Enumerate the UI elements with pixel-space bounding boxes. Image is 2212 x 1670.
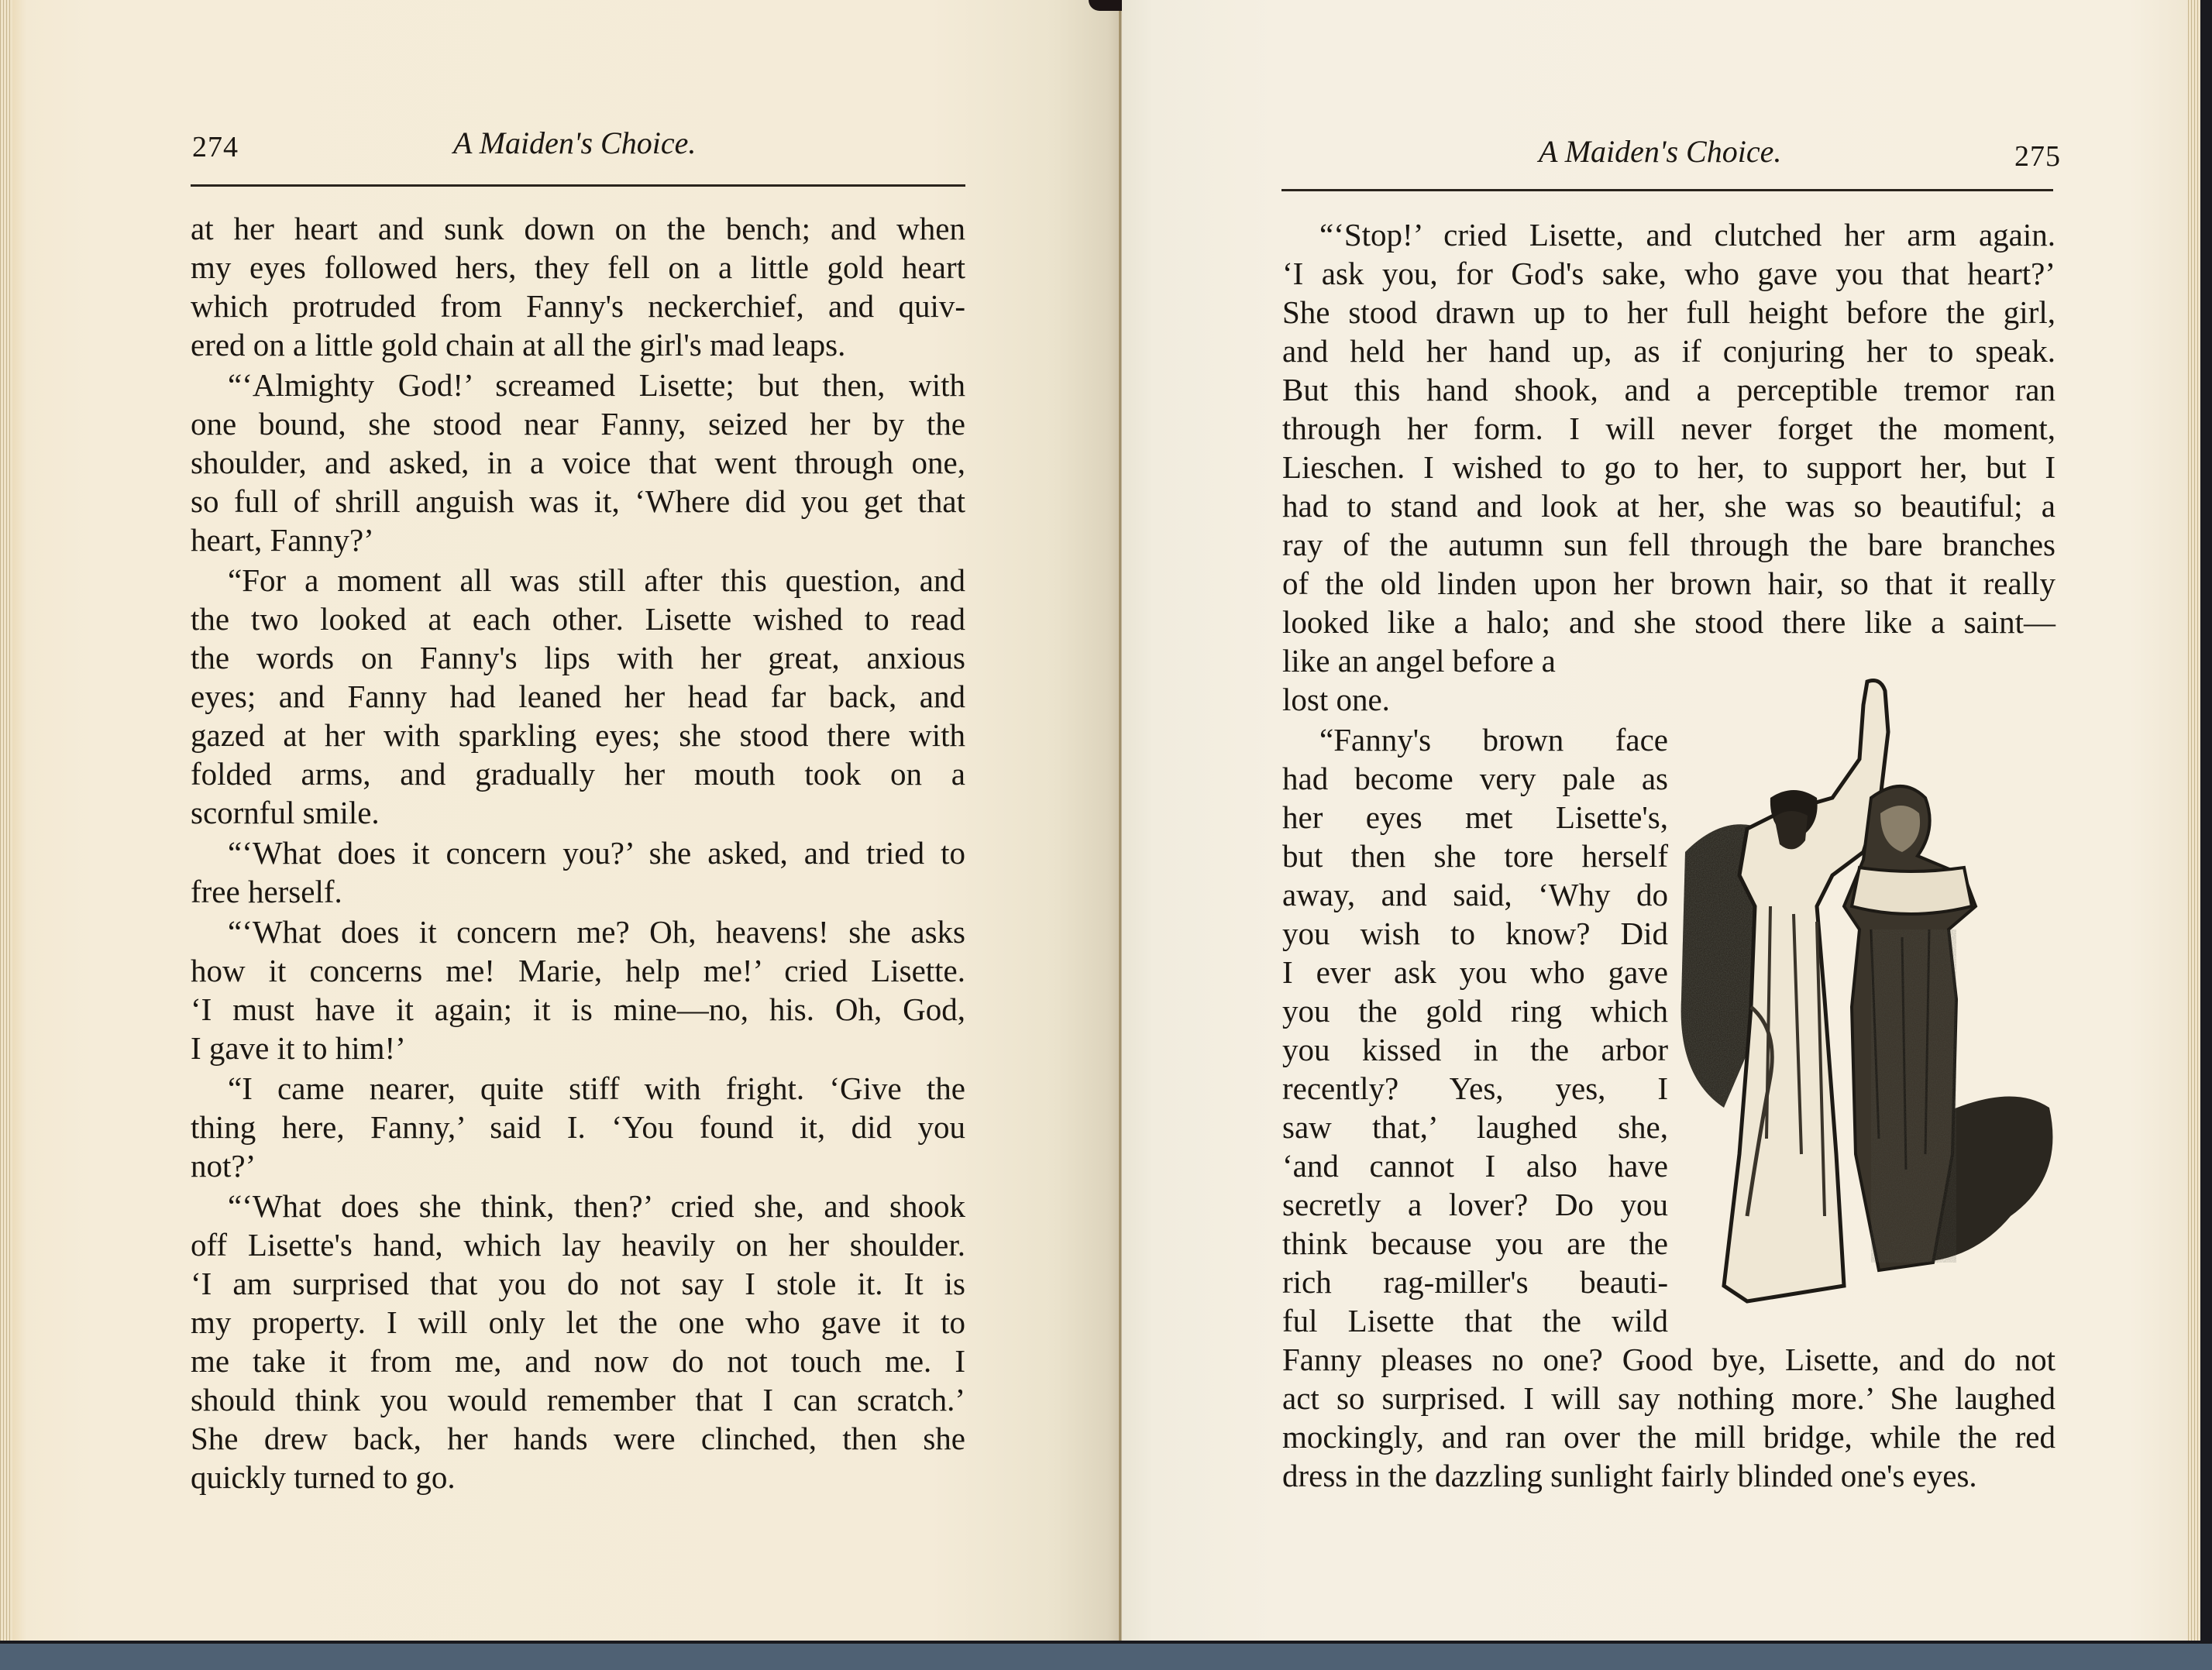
text-line: scornful smile. bbox=[191, 793, 965, 832]
text-line: looked like a halo; and she stood there … bbox=[1282, 603, 2055, 641]
text-line: “For a moment all was still after this q… bbox=[228, 561, 965, 600]
text-line: mockingly, and ran over the mill bridge,… bbox=[1282, 1417, 2055, 1456]
text-line: one bound, she stood near Fanny, seized … bbox=[191, 404, 965, 443]
header-rule bbox=[191, 184, 965, 187]
text-line: heart, Fanny?’ bbox=[191, 521, 965, 559]
text-line: but then she tore herself bbox=[1282, 837, 1668, 875]
text-line: ‘I am surprised that you do not say I st… bbox=[191, 1264, 965, 1303]
text-line: the two looked at each other. Lisette wi… bbox=[191, 600, 965, 638]
text-line: gazed at her with sparkling eyes; she st… bbox=[191, 716, 965, 754]
text-line: saw that,’ laughed she, bbox=[1282, 1108, 1668, 1146]
text-line: ered on a little gold chain at all the g… bbox=[191, 325, 965, 364]
text-line: eyes; and Fanny had leaned her head far … bbox=[191, 677, 965, 716]
text-line: how it concerns me! Marie, help me!’ cri… bbox=[191, 951, 965, 990]
text-line: had to stand and look at her, she was so… bbox=[1282, 486, 2055, 525]
text-line: act so surprised. I will say nothing mor… bbox=[1282, 1379, 2055, 1417]
text-line: ‘I must have it again; it is mine—no, hi… bbox=[191, 990, 965, 1029]
text-line: the words on Fanny's lips with her great… bbox=[191, 638, 965, 677]
running-head: A Maiden's Choice. bbox=[1539, 136, 1781, 167]
text-line: rich rag-miller's beauti- bbox=[1282, 1263, 1668, 1301]
text-line: “Fanny's brown face bbox=[1319, 720, 1668, 759]
running-head: A Maiden's Choice. bbox=[453, 128, 696, 159]
text-line: Lieschen. I wished to go to her, to supp… bbox=[1282, 448, 2055, 486]
text-line: away, and said, ‘Why do bbox=[1282, 875, 1668, 914]
text-line: me take it from me, and now do not touch… bbox=[191, 1342, 965, 1380]
text-line: free herself. bbox=[191, 872, 965, 911]
text-line: She stood drawn up to her full height be… bbox=[1282, 293, 2055, 332]
text-line: ray of the autumn sun fell through the b… bbox=[1282, 525, 2055, 564]
text-line: through her form. I will never forget th… bbox=[1282, 409, 2055, 448]
text-line: I gave it to him!’ bbox=[191, 1029, 965, 1067]
text-line: She drew back, her hands were clinched, … bbox=[191, 1419, 965, 1458]
text-line: my property. I will only let the one who… bbox=[191, 1303, 965, 1342]
text-line: “I came nearer, quite stiff with fright.… bbox=[228, 1069, 965, 1108]
header-rule bbox=[1281, 189, 2053, 191]
text-line: at her heart and sunk down on the bench;… bbox=[191, 209, 965, 248]
text-line: shoulder, and asked, in a voice that wen… bbox=[191, 443, 965, 482]
left-page: 274 A Maiden's Choice. at her heart and … bbox=[0, 0, 1120, 1641]
text-line: ‘I ask you, for God's sake, who gave you… bbox=[1282, 254, 2055, 293]
text-line: dress in the dazzling sunlight fairly bl… bbox=[1282, 1456, 2055, 1495]
engraving-illustration-icon bbox=[1677, 674, 2065, 1317]
text-line: I ever ask you who gave bbox=[1282, 953, 1668, 991]
text-line: off Lisette's hand, which lay heavily on… bbox=[191, 1225, 965, 1264]
text-line: not?’ bbox=[191, 1146, 965, 1185]
text-line: her eyes met Lisette's, bbox=[1282, 798, 1668, 837]
text-line: “‘What does she think, then?’ cried she,… bbox=[228, 1187, 965, 1225]
text-line: quickly turned to go. bbox=[191, 1458, 965, 1496]
text-line: recently? Yes, yes, I bbox=[1282, 1069, 1668, 1108]
text-line: of the old linden upon her brown hair, s… bbox=[1282, 564, 2055, 603]
text-line: so full of shrill anguish was it, ‘Where… bbox=[191, 482, 965, 521]
text-line: But this hand shook, and a perceptible t… bbox=[1282, 370, 2055, 409]
text-line: “‘Almighty God!’ screamed Lisette; but t… bbox=[228, 366, 965, 404]
text-line: secretly a lover? Do you bbox=[1282, 1185, 1668, 1224]
page-number: 275 bbox=[2014, 141, 2061, 172]
text-line: and held her hand up, as if conjuring he… bbox=[1282, 332, 2055, 370]
page-number: 274 bbox=[192, 132, 239, 163]
text-line: ‘and cannot I also have bbox=[1282, 1146, 1668, 1185]
text-line: “‘What does it concern you?’ she asked, … bbox=[228, 833, 965, 872]
page-edges bbox=[2188, 0, 2200, 1641]
text-line: my eyes followed hers, they fell on a li… bbox=[191, 248, 965, 287]
text-line: you wish to know? Did bbox=[1282, 914, 1668, 953]
open-book: 274 A Maiden's Choice. at her heart and … bbox=[0, 0, 2212, 1644]
text-line: think because you are the bbox=[1282, 1224, 1668, 1263]
text-line: should think you would remember that I c… bbox=[191, 1380, 965, 1419]
text-line: you kissed in the arbor bbox=[1282, 1030, 1668, 1069]
text-line: ful Lisette that the wild bbox=[1282, 1301, 1668, 1340]
text-line: “‘What does it concern me? Oh, heavens! … bbox=[228, 912, 965, 951]
page-edges bbox=[0, 0, 12, 1641]
text-line: which protruded from Fanny's neckerchief… bbox=[191, 287, 965, 325]
text-line: Fanny pleases no one? Good bye, Lisette,… bbox=[1282, 1340, 2055, 1379]
text-line: you the gold ring which bbox=[1282, 991, 1668, 1030]
text-line: had become very pale as bbox=[1282, 759, 1668, 798]
text-line: thing here, Fanny,’ said I. ‘You found i… bbox=[191, 1108, 965, 1146]
text-line: folded arms, and gradually her mouth too… bbox=[191, 754, 965, 793]
text-line: “‘Stop!’ cried Lisette, and clutched her… bbox=[1319, 215, 2055, 254]
